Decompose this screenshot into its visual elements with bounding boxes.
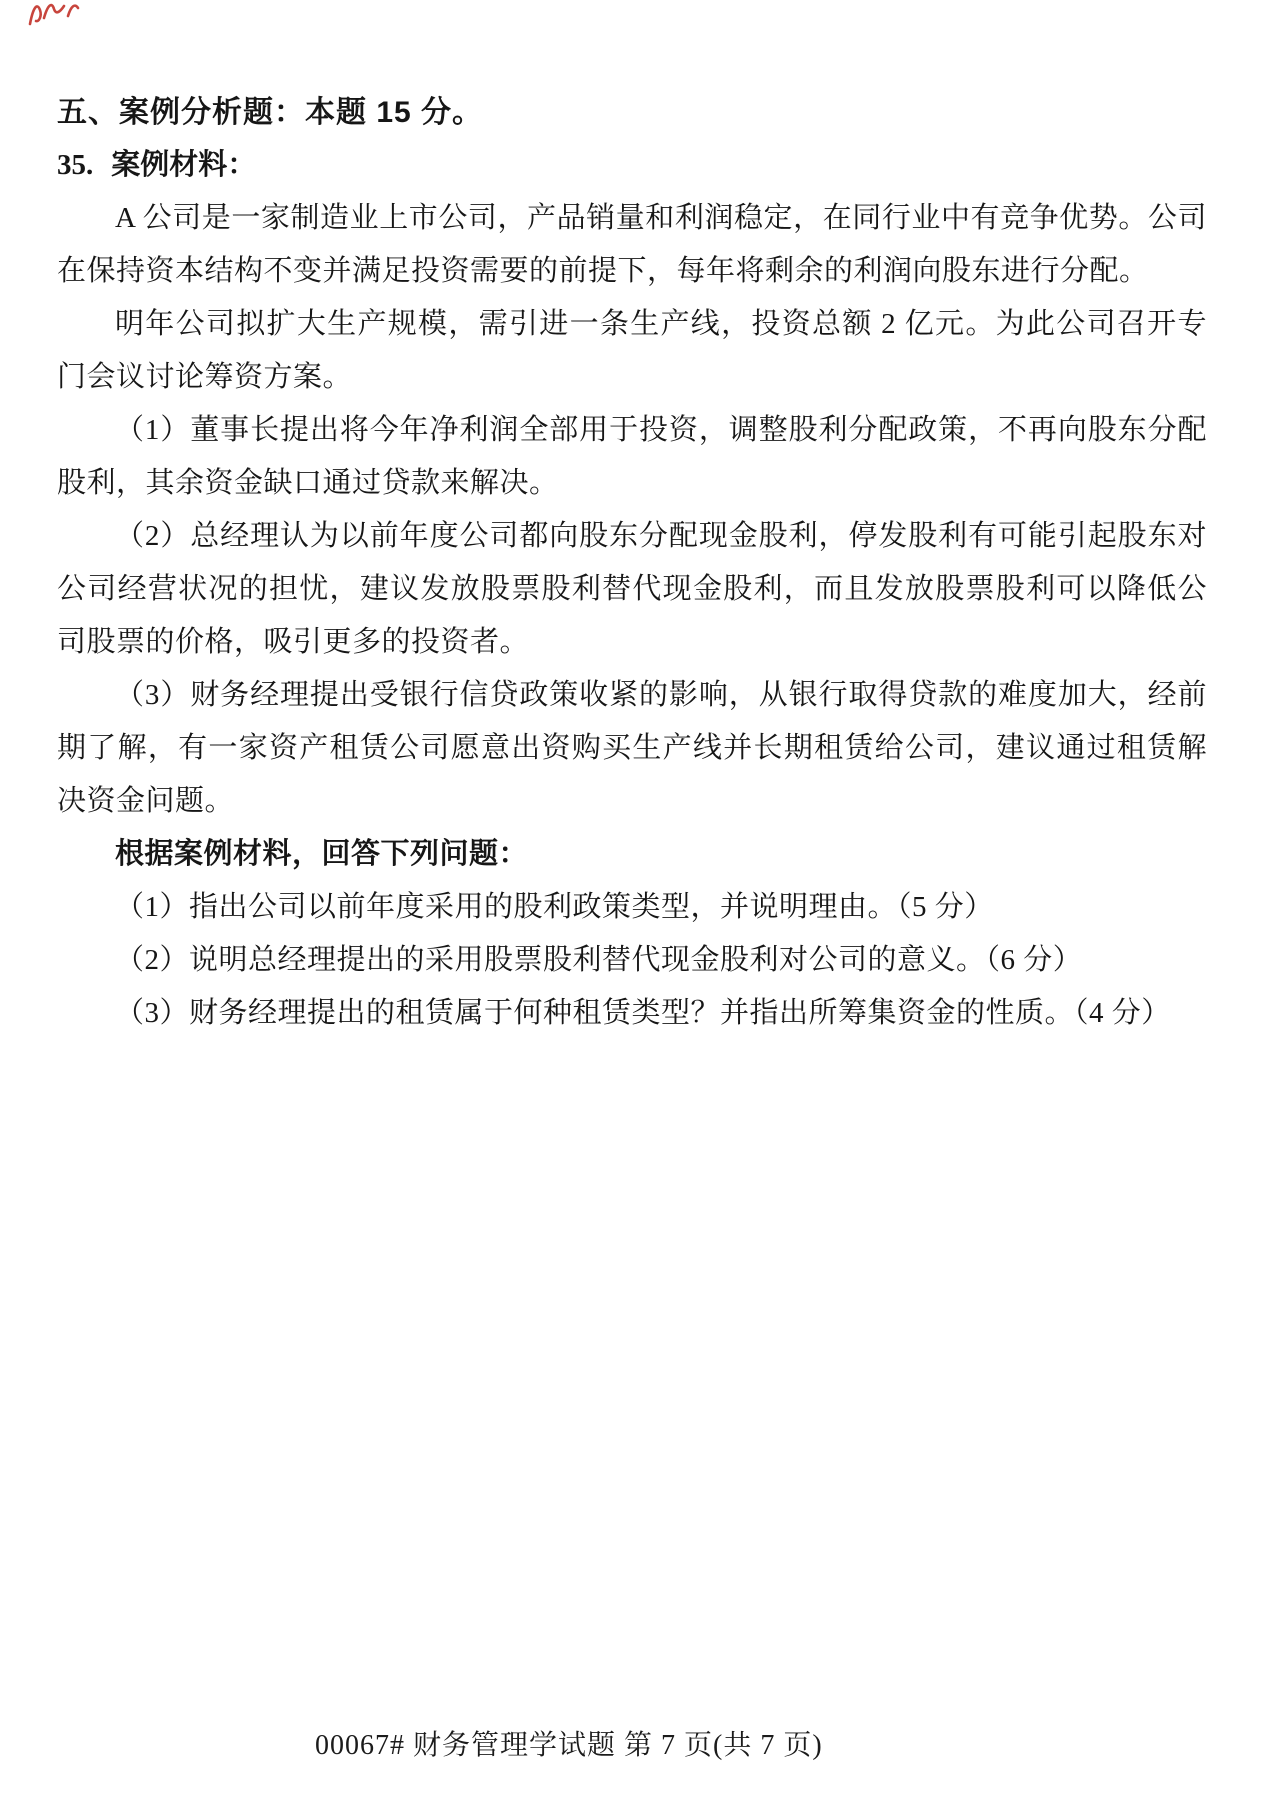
case-paragraph-2: 明年公司拟扩大生产规模，需引进一条生产线，投资总额 2 亿元。为此公司召开专门会… <box>57 298 1207 404</box>
case-paragraph-4: （2）总经理认为以前年度公司都向股东分配现金股利，停发股利有可能引起股东对公司经… <box>57 510 1207 669</box>
question-item-1: （1）指出公司以前年度采用的股利政策类型，并说明理由。（5 分） <box>57 881 1207 934</box>
exam-page: 五、案例分析题：本题 15 分。 35.案例材料： A 公司是一家制造业上市公司… <box>0 0 1264 1817</box>
question-item-2: （2）说明总经理提出的采用股票股利替代现金股利对公司的意义。（6 分） <box>57 934 1207 987</box>
question-item-3: （3）财务经理提出的租赁属于何种租赁类型？并指出所筹集资金的性质。（4 分） <box>57 987 1207 1040</box>
case-paragraph-5: （3）财务经理提出受银行信贷政策收紧的影响，从银行取得贷款的难度加大，经前期了解… <box>57 669 1207 828</box>
exam-content: 五、案例分析题：本题 15 分。 35.案例材料： A 公司是一家制造业上市公司… <box>57 86 1207 1040</box>
questions-intro: 根据案例材料，回答下列问题： <box>57 828 1207 881</box>
case-paragraph-1: A 公司是一家制造业上市公司，产品销量和利润稳定，在同行业中有竞争优势。公司在保… <box>57 192 1207 298</box>
case-item-line: 35.案例材料： <box>57 139 1207 192</box>
page-footer: 00067# 财务管理学试题 第 7 页(共 7 页) <box>315 1729 823 1763</box>
material-label: 案例材料： <box>111 149 256 181</box>
case-paragraph-3: （1）董事长提出将今年净利润全部用于投资，调整股利分配政策，不再向股东分配股利，… <box>57 404 1207 510</box>
item-number: 35. <box>57 149 93 181</box>
section-heading: 五、案例分析题：本题 15 分。 <box>57 86 1207 139</box>
red-pen-scribble <box>26 0 82 30</box>
